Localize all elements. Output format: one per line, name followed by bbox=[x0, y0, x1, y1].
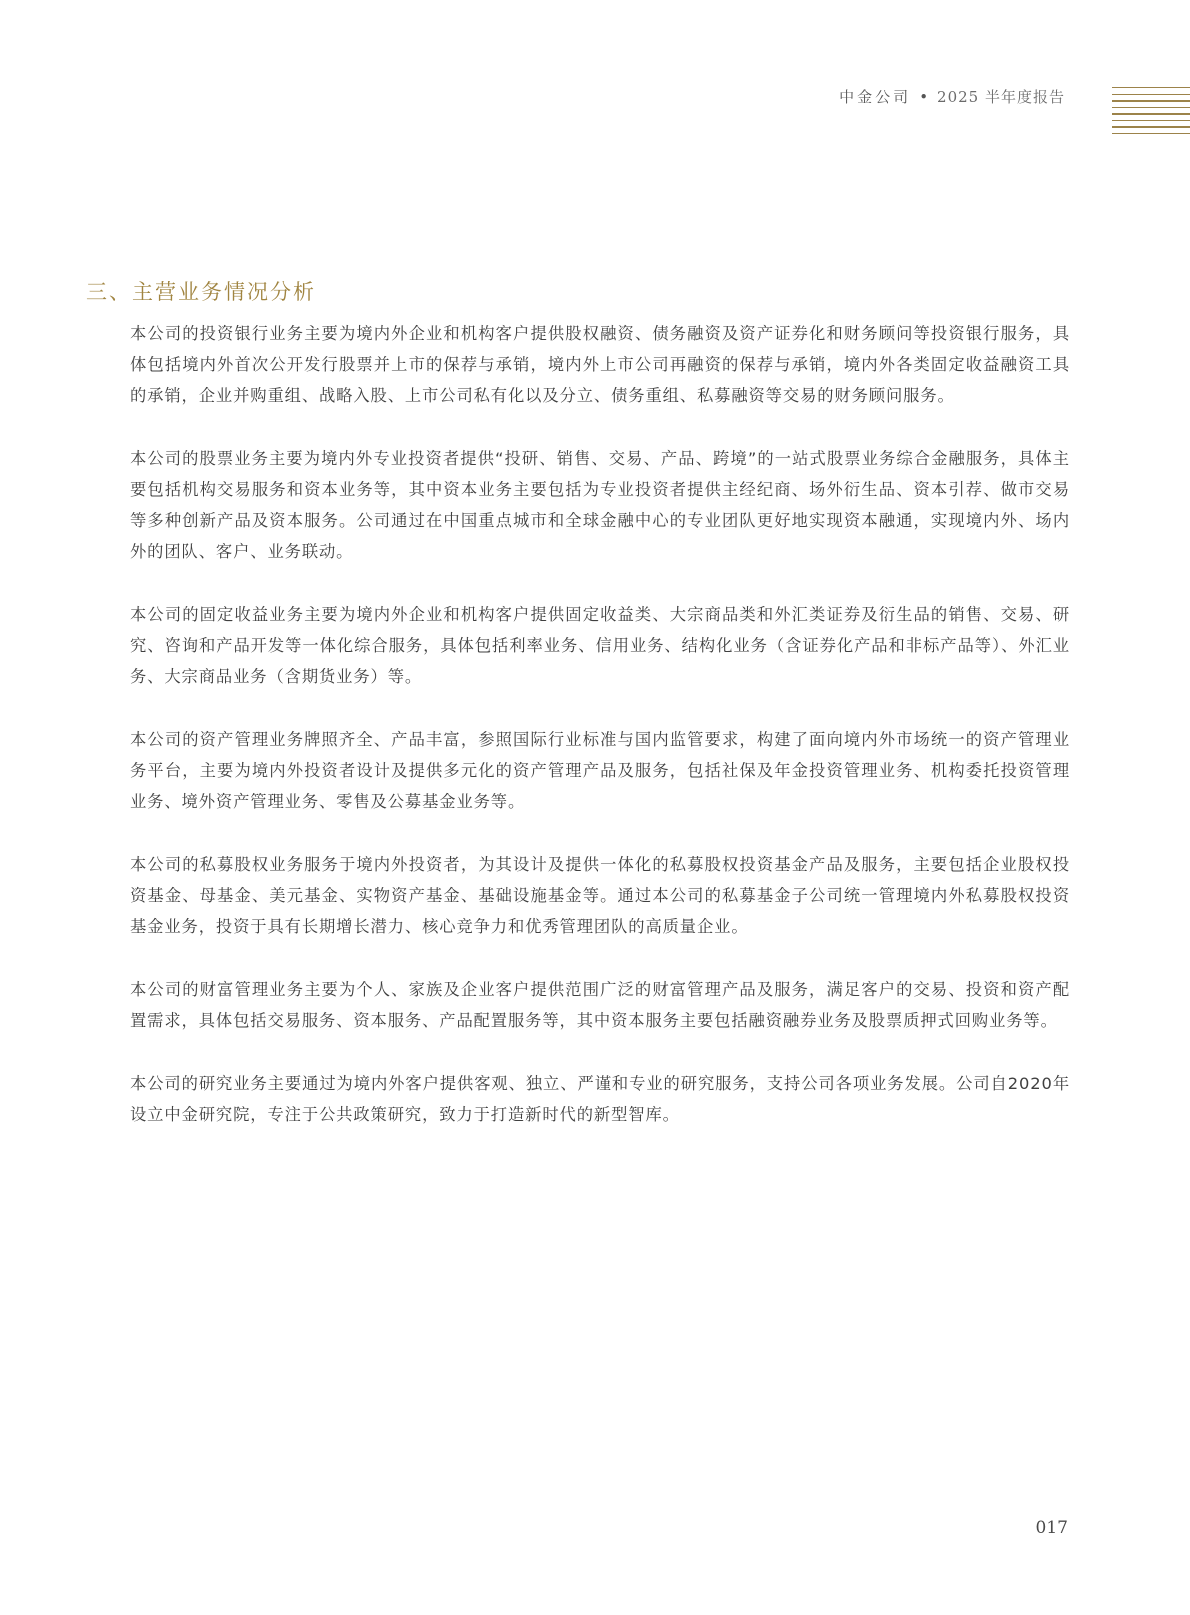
paragraph-wealth-management: 本公司的财富管理业务主要为个人、家族及企业客户提供范围广泛的财富管理产品及服务，… bbox=[130, 974, 1070, 1036]
paragraph-asset-management: 本公司的资产管理业务牌照齐全、产品丰富，参照国际行业标准与国内监管要求，构建了面… bbox=[130, 724, 1070, 817]
page-number: 017 bbox=[1036, 1518, 1068, 1538]
paragraph-private-equity: 本公司的私募股权业务服务于境内外投资者，为其设计及提供一体化的私募股权投资基金产… bbox=[130, 849, 1070, 942]
section-title: 三、主营业务情况分析 bbox=[86, 276, 316, 306]
paragraph-research: 本公司的研究业务主要通过为境内外客户提供客观、独立、严谨和专业的研究服务，支持公… bbox=[130, 1068, 1070, 1130]
paragraph-fixed-income: 本公司的固定收益业务主要为境内外企业和机构客户提供固定收益类、大宗商品类和外汇类… bbox=[130, 599, 1070, 692]
header-company: 中金公司 bbox=[839, 88, 911, 106]
section-body: 本公司的投资银行业务主要为境内外企业和机构客户提供股权融资、债务融资及资产证券化… bbox=[130, 318, 1070, 1162]
running-header: 中金公司•2025 半年度报告 bbox=[839, 86, 1065, 107]
decorative-stripes-icon bbox=[1112, 87, 1190, 135]
header-report-title: 2025 半年度报告 bbox=[937, 88, 1065, 106]
paragraph-equities: 本公司的股票业务主要为境内外专业投资者提供“投研、销售、交易、产品、跨境”的一站… bbox=[130, 443, 1070, 567]
paragraph-investment-banking: 本公司的投资银行业务主要为境内外企业和机构客户提供股权融资、债务融资及资产证券化… bbox=[130, 318, 1070, 411]
header-separator: • bbox=[919, 88, 929, 106]
